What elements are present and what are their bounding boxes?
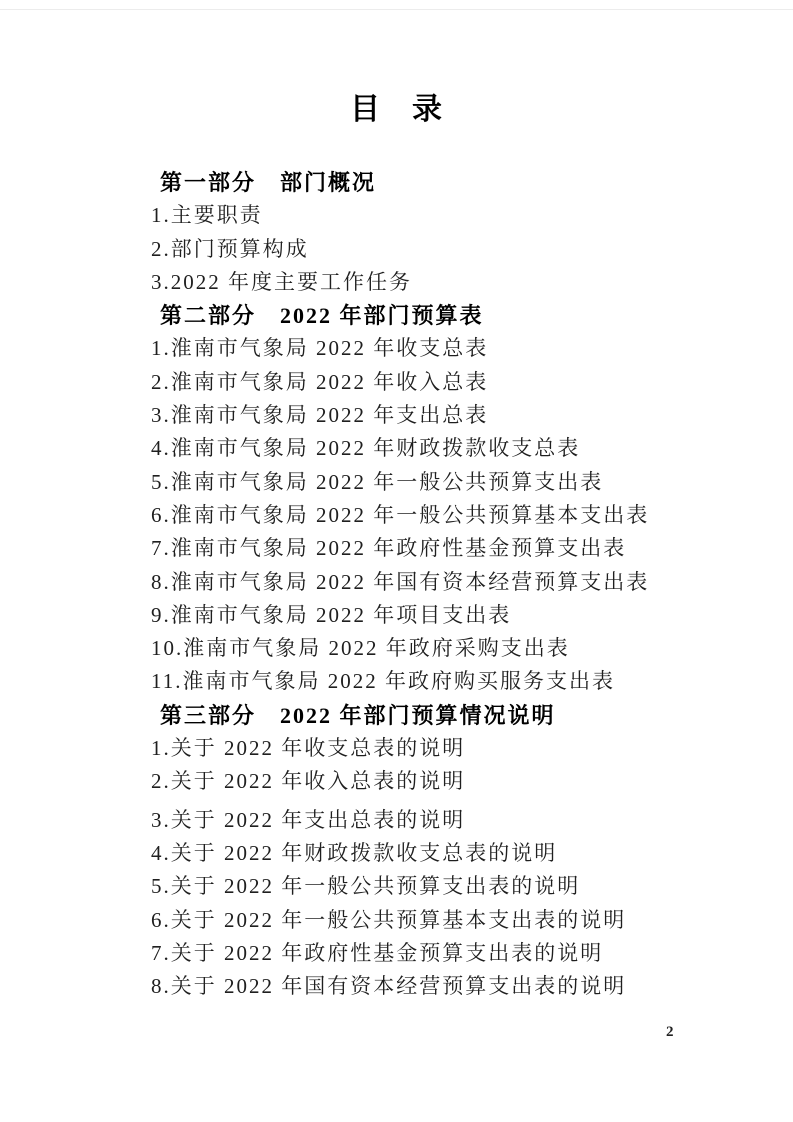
toc-item: 4.关于 2022 年财政拨款收支总表的说明 [151, 837, 751, 870]
toc-item: 5.淮南市气象局 2022 年一般公共预算支出表 [151, 466, 751, 499]
toc-item: 7.关于 2022 年政府性基金预算支出表的说明 [151, 937, 751, 970]
toc-item: 2.淮南市气象局 2022 年收入总表 [151, 366, 751, 399]
page-number: 2 [666, 1023, 674, 1041]
toc-item: 1.关于 2022 年收支总表的说明 [151, 732, 751, 765]
toc-item: 9.淮南市气象局 2022 年项目支出表 [151, 599, 751, 632]
toc-item: 11.淮南市气象局 2022 年政府购买服务支出表 [151, 665, 751, 698]
toc-item: 7.淮南市气象局 2022 年政府性基金预算支出表 [151, 532, 751, 565]
document-page: 目 录 第一部分 部门概况 1.主要职责 2.部门预算构成 3.2022 年度主… [0, 0, 793, 1122]
scan-edge-line [0, 9, 793, 10]
table-of-contents: 第一部分 部门概况 1.主要职责 2.部门预算构成 3.2022 年度主要工作任… [151, 166, 751, 1003]
toc-item: 3.关于 2022 年支出总表的说明 [151, 804, 751, 837]
toc-item: 8.淮南市气象局 2022 年国有资本经营预算支出表 [151, 566, 751, 599]
toc-item: 1.淮南市气象局 2022 年收支总表 [151, 332, 751, 365]
toc-section-3: 第三部分 2022 年部门预算情况说明 1.关于 2022 年收支总表的说明 2… [151, 699, 751, 1004]
toc-section-heading: 第三部分 2022 年部门预算情况说明 [151, 699, 751, 732]
toc-item: 6.淮南市气象局 2022 年一般公共预算基本支出表 [151, 499, 751, 532]
toc-item: 2.关于 2022 年收入总表的说明 [151, 765, 751, 798]
toc-section-2: 第二部分 2022 年部门预算表 1.淮南市气象局 2022 年收支总表 2.淮… [151, 299, 751, 699]
page-title: 目 录 [0, 93, 793, 127]
toc-item: 6.关于 2022 年一般公共预算基本支出表的说明 [151, 904, 751, 937]
toc-section-1: 第一部分 部门概况 1.主要职责 2.部门预算构成 3.2022 年度主要工作任… [151, 166, 751, 299]
toc-item: 5.关于 2022 年一般公共预算支出表的说明 [151, 870, 751, 903]
toc-item: 8.关于 2022 年国有资本经营预算支出表的说明 [151, 970, 751, 1003]
toc-section-heading: 第一部分 部门概况 [151, 166, 751, 199]
toc-item: 2.部门预算构成 [151, 233, 751, 266]
toc-item: 1.主要职责 [151, 199, 751, 232]
toc-item: 10.淮南市气象局 2022 年政府采购支出表 [151, 632, 751, 665]
toc-section-heading: 第二部分 2022 年部门预算表 [151, 299, 751, 332]
toc-item: 3.淮南市气象局 2022 年支出总表 [151, 399, 751, 432]
toc-item: 4.淮南市气象局 2022 年财政拨款收支总表 [151, 432, 751, 465]
toc-item: 3.2022 年度主要工作任务 [151, 266, 751, 299]
